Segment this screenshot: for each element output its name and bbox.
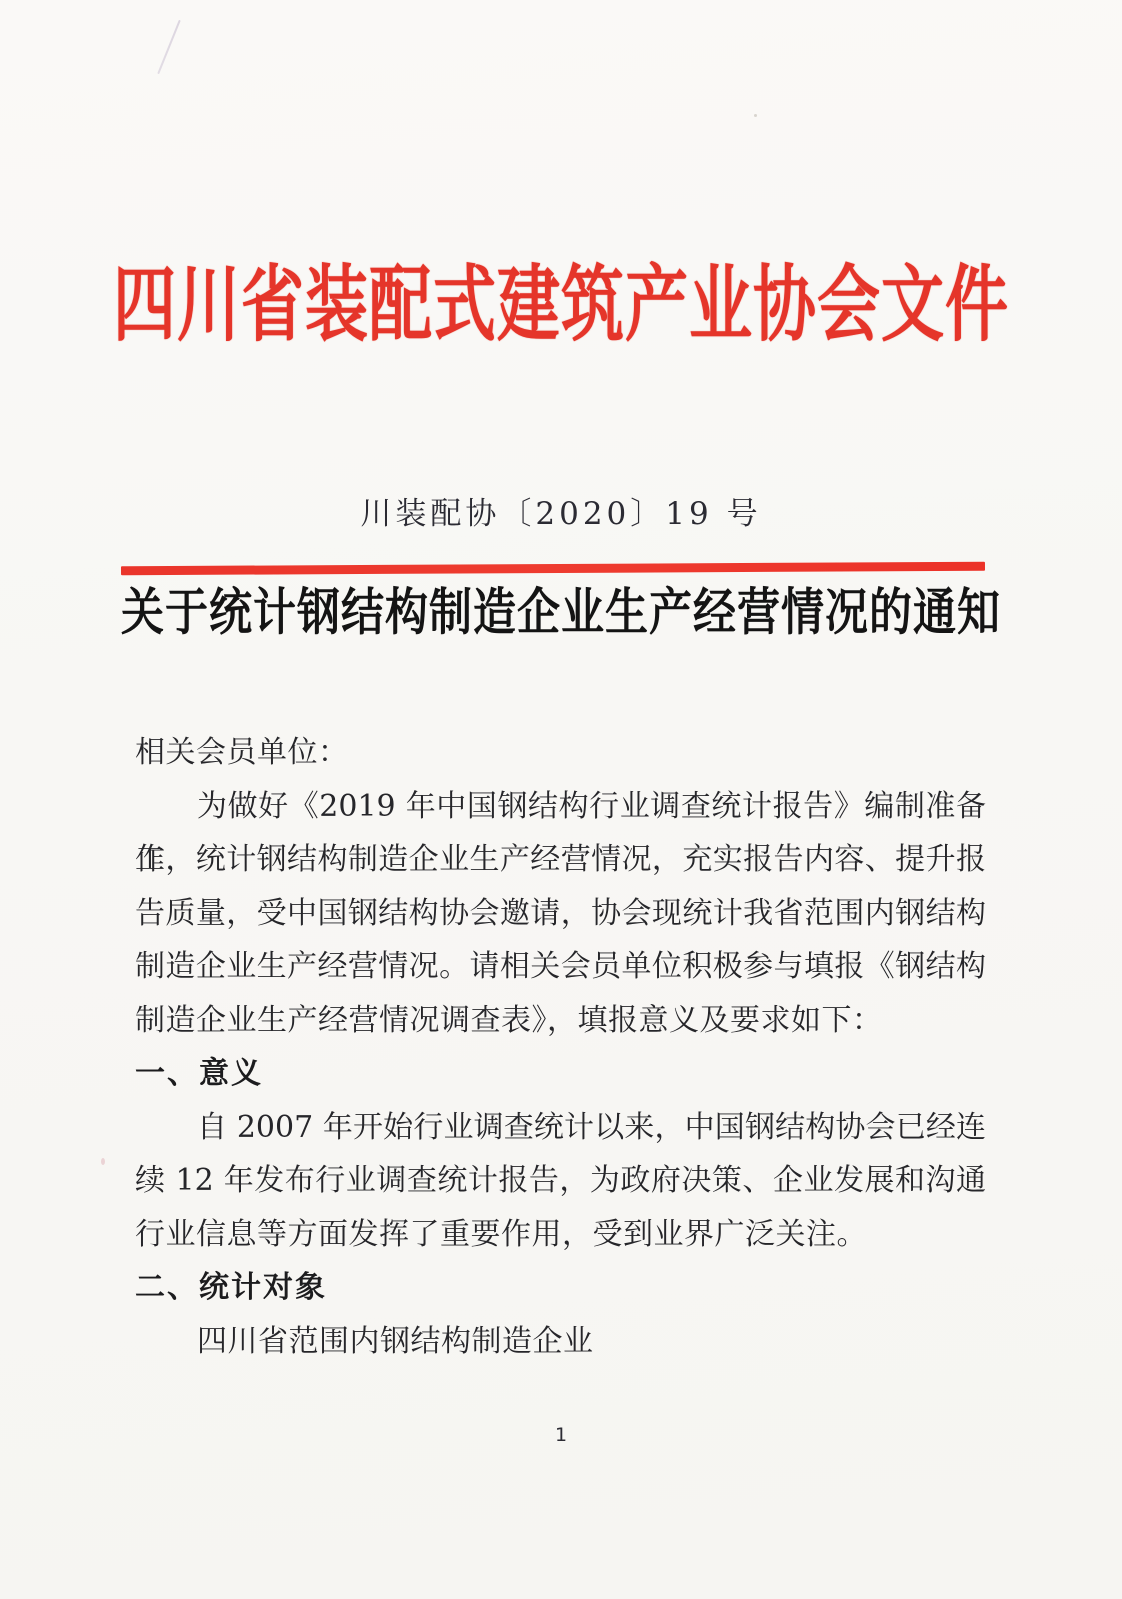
document-header-title: 四川省装配式建筑产业协会文件 [0,252,1122,356]
document-body: 相关会员单位：为做好《2019 年中国钢结构行业调查统计报告》编制准备工作，统计… [135,726,986,1368]
document-page: 四川省装配式建筑产业协会文件 川装配协〔2020〕19 号 关于统计钢结构制造企… [0,0,1122,1599]
page-number: 1 [0,1424,1122,1446]
document-number: 川装配协〔2020〕19 号 [0,488,1122,533]
section-heading: 二、统计对象 [135,1261,986,1315]
body-line: 续 12 年发布行业调查统计报告，为政府决策、企业发展和沟通 [135,1154,986,1208]
section-heading: 一、意义 [135,1047,986,1101]
body-line: 制造企业生产经营情况调查表》，填报意义及要求如下： [135,994,986,1048]
scan-artifact-scratch [157,20,181,75]
body-line: 作，统计钢结构制造企业生产经营情况，充实报告内容、提升报 [135,833,986,887]
body-line: 告质量，受中国钢结构协会邀请，协会现统计我省范围内钢结构 [135,887,986,941]
salutation: 相关会员单位： [135,726,986,780]
body-line: 四川省范围内钢结构制造企业 [135,1315,986,1369]
document-title-text: 关于统计钢结构制造企业生产经营情况的通知 [121,572,1001,655]
scan-artifact-speck [101,1158,105,1165]
body-line: 自 2007 年开始行业调查统计以来，中国钢结构协会已经连 [135,1101,986,1155]
body-line: 行业信息等方面发挥了重要作用，受到业界广泛关注。 [135,1208,986,1262]
document-header-title-text: 四川省装配式建筑产业协会文件 [113,235,1009,372]
scan-artifact-speck [754,114,757,117]
document-title: 关于统计钢结构制造企业生产经营情况的通知 [0,578,1122,648]
body-line: 制造企业生产经营情况。请相关会员单位积极参与填报《钢结构 [135,940,986,994]
body-line: 为做好《2019 年中国钢结构行业调查统计报告》编制准备工 [135,780,986,834]
